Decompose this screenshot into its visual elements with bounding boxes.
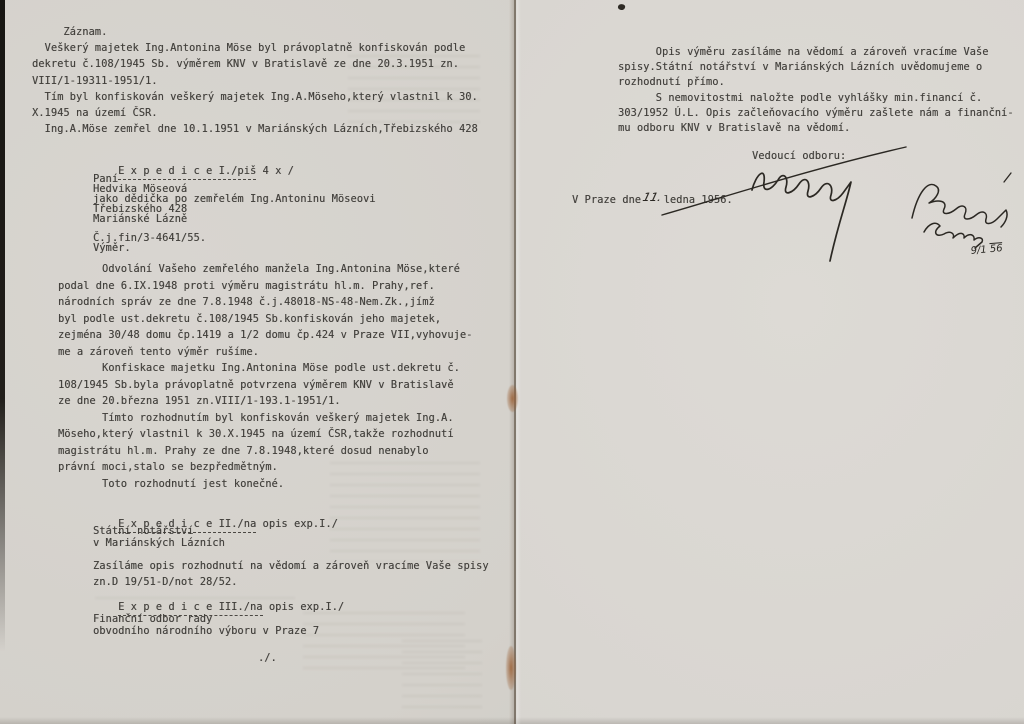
margin-signature-line1 — [912, 184, 1007, 227]
expedice3-addressee: Finanční odbor rady obvodního národního … — [93, 613, 319, 637]
recipient-address-block: Paní Hedvika Möseová jako dědička po zem… — [93, 174, 376, 224]
margin-signature-accent — [1004, 173, 1011, 182]
file-reference: Č.j.fin/3-4641/55. Výměr. — [93, 233, 206, 253]
expedice2-addressee: Státní notářství v Mariánských Lázních — [93, 525, 225, 549]
margin-date-note: 9/1 56 — [957, 232, 1004, 269]
scan-edge-shadow-left — [0, 0, 5, 724]
center-fold-line — [514, 0, 516, 724]
expedice3-heading-rest: opis exp.I./ — [263, 601, 345, 613]
scanned-document: Záznam. Veškerý majetek Ing.Antonina Mös… — [0, 0, 1024, 724]
department-head-signature — [640, 135, 920, 260]
margin-date-day: 9/1 — [970, 244, 990, 257]
end-mark: ./. — [258, 652, 277, 664]
cover-letter-body: Opis výměru zasíláme na vědomí a zároveň… — [618, 45, 1014, 136]
signature-scribble — [752, 173, 851, 261]
staple-rust-stain-top — [507, 385, 518, 412]
decision-body: Odvolání Vašeho zemřelého manžela Ing.An… — [58, 261, 472, 492]
expedice2-note: Zasíláme opis rozhodnutí na vědomí a zár… — [93, 558, 489, 590]
signature-flourish-stroke — [662, 147, 906, 215]
bleed-through-ghost — [402, 640, 482, 710]
record-opening-paragraphs: Záznam. Veškerý majetek Ing.Antonina Mös… — [32, 24, 478, 137]
margin-date-year: 56 — [989, 243, 1003, 255]
staple-rust-stain-bottom — [506, 646, 516, 690]
dateline-prefix: V Praze dne — [572, 194, 641, 206]
expedice2-heading-rest: opis exp.I./ — [256, 518, 338, 530]
